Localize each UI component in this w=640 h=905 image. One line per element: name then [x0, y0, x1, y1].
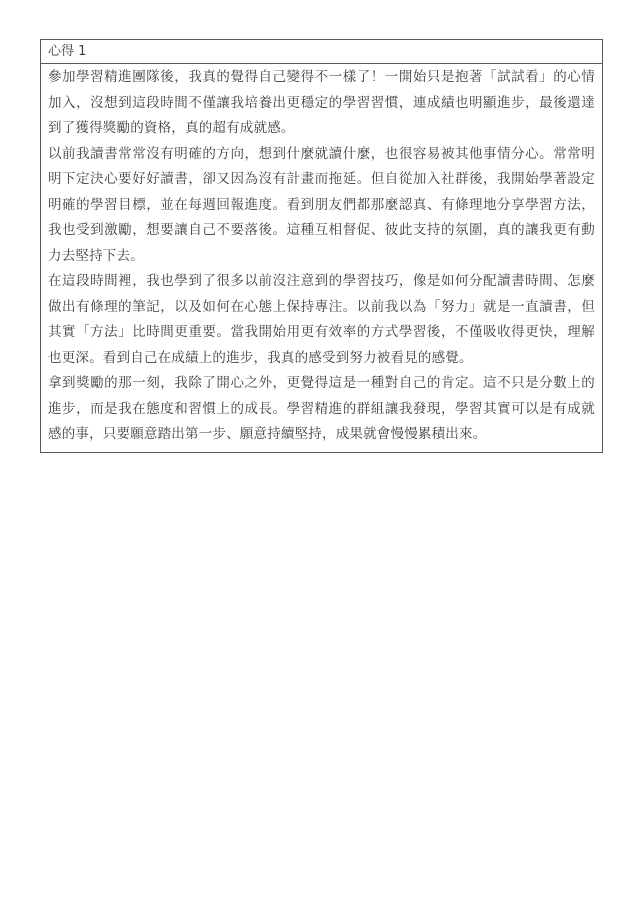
- table-body-cell: 參加學習精進團隊後，我真的覺得自己變得不一樣了！一開始只是抱著「試試看」的心情加…: [41, 64, 603, 453]
- document-page: 心得 1 參加學習精進團隊後，我真的覺得自己變得不一樣了！一開始只是抱著「試試看…: [0, 0, 640, 905]
- feedback-table: 心得 1 參加學習精進團隊後，我真的覺得自己變得不一樣了！一開始只是抱著「試試看…: [40, 39, 603, 453]
- table-body-row: 參加學習精進團隊後，我真的覺得自己變得不一樣了！一開始只是抱著「試試看」的心情加…: [41, 64, 603, 453]
- feedback-paragraph-2: 以前我讀書常常沒有明確的方向，想到什麼就讀什麼，也很容易被其他事情分心。常常明明…: [48, 142, 595, 270]
- feedback-paragraph-3: 在這段時間裡，我也學到了很多以前沒注意到的學習技巧，像是如何分配讀書時間、怎麼做…: [48, 269, 595, 371]
- feedback-paragraph-1: 參加學習精進團隊後，我真的覺得自己變得不一樣了！一開始只是抱著「試試看」的心情加…: [48, 65, 595, 142]
- table-header-cell: 心得 1: [41, 40, 603, 64]
- feedback-paragraph-4: 拿到獎勵的那一刻，我除了開心之外，更覺得這是一種對自己的肯定。這不只是分數上的進…: [48, 371, 595, 448]
- table-header-row: 心得 1: [41, 40, 603, 64]
